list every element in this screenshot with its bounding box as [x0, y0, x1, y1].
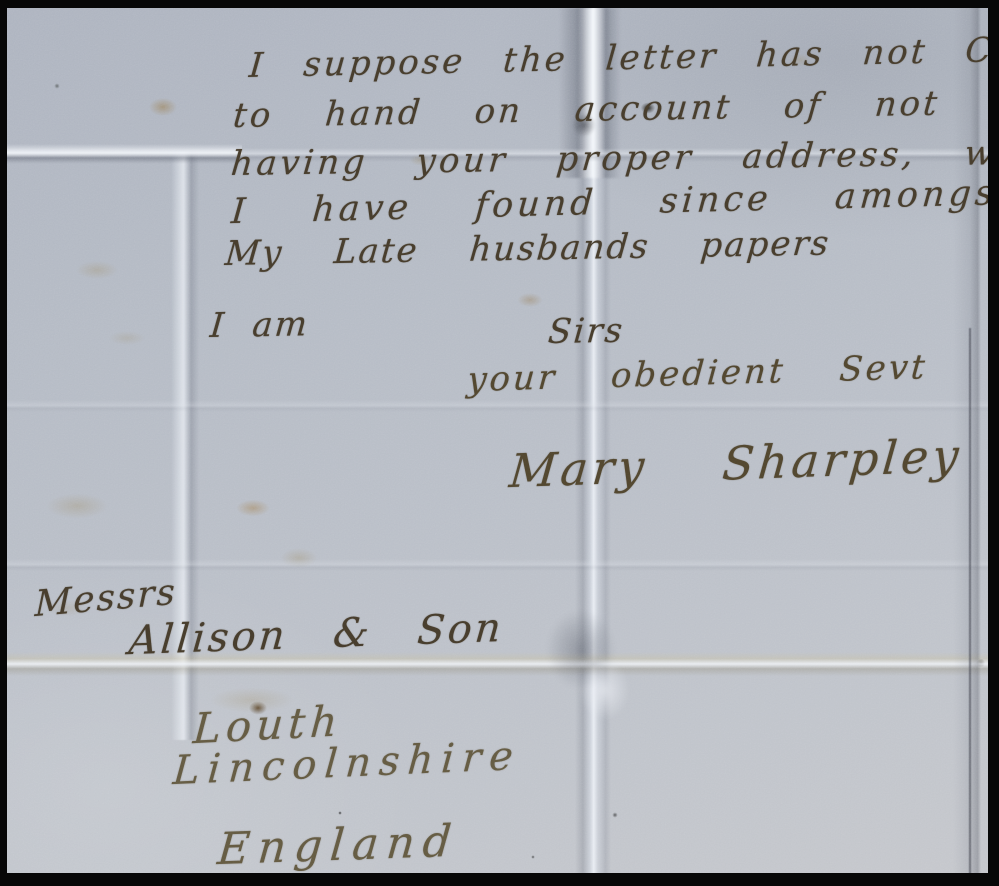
address-country: England [216, 816, 462, 873]
crumple-mark [529, 593, 659, 728]
horizontal-fold-middle [7, 400, 988, 412]
closing-i-am: I am [208, 304, 310, 346]
closing-valediction: your obedient Sevt [466, 347, 929, 400]
letter-body-line: I suppose the letter has not Come [248, 29, 988, 86]
paper-right-edge-line [969, 328, 971, 873]
letter-body-line: My Late husbands papers [223, 223, 832, 274]
letter-paper: I suppose the letter has not Come to han… [7, 8, 988, 873]
horizontal-fold-lower-faint [7, 559, 988, 571]
letter-scan: I suppose the letter has not Come to han… [0, 0, 999, 886]
letter-body-line: to hand on account of not [231, 84, 941, 136]
horizontal-fold-upper-left [7, 144, 242, 164]
address-firm: Allison & Son [127, 605, 506, 664]
signature: Mary Sharpley [507, 428, 965, 498]
closing-salutation: Sirs [546, 311, 625, 352]
